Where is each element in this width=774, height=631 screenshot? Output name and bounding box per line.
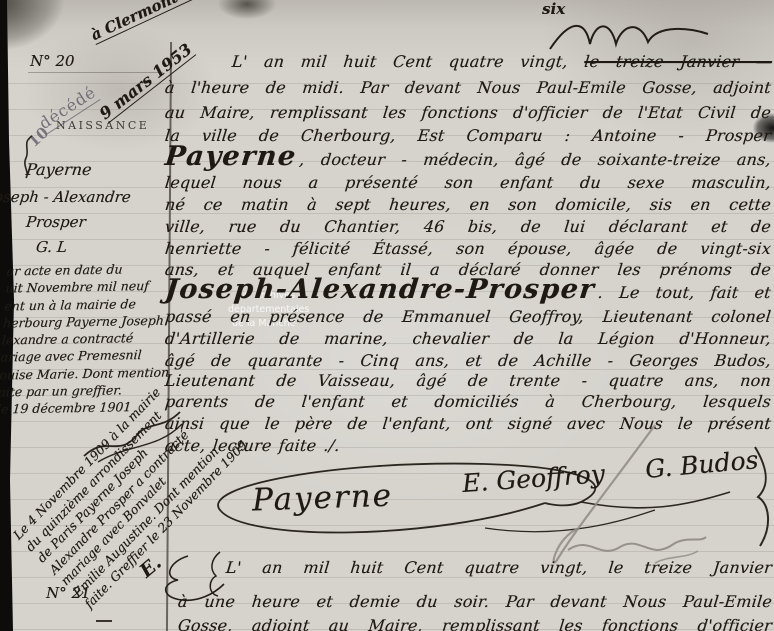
child-thirdname: Prosper <box>25 213 87 231</box>
marriage-note-line: ouise Marie. Dont mention <box>0 363 170 383</box>
child-firstnames: Joseph - Alexandre <box>0 188 132 206</box>
marriage-note-line: herbourg Payerne Joseph <box>2 311 173 331</box>
act1-line: L' an mil huit Cent quatre vingt, le tre… <box>231 52 773 71</box>
act2-line-text: Gosse, adjoint au Maire, remplissant les… <box>177 616 773 631</box>
act1-line: âgé de quarante - Cinq ans, et de Achill… <box>164 351 772 370</box>
act1-line: lequel nous a présenté son enfant du sex… <box>164 173 772 192</box>
act1-line-text: parents de l'enfant et domiciliés à Cher… <box>164 392 772 411</box>
father-name-emphasis: Payerne <box>164 141 299 172</box>
act1-line-text: au Maire, remplissant les fonctions d'of… <box>164 103 772 122</box>
act1-line-text: à l'heure de midi. Par devant Nous Paul-… <box>164 78 772 97</box>
act1-line-text: L' an mil huit Cent quatre vingt, <box>231 52 585 71</box>
act1-line: à l'heure de midi. Par devant Nous Paul-… <box>164 78 772 97</box>
act1-line-text: passé en présence de Emmanuel Geoffroy, … <box>164 307 772 326</box>
act1-line-text: , docteur - médecin, âgé de soixante-tre… <box>298 150 772 169</box>
act1-line-text: d'Artillerie de marine, chevalier de la … <box>164 329 772 348</box>
act1-line-text: né ce matin à sept heures, en son domici… <box>164 195 772 214</box>
act1-line: henriette - félicité Étassé, son épouse,… <box>164 239 772 258</box>
act1-line: d'Artillerie de marine, chevalier de la … <box>164 329 772 348</box>
child-initials: G. L <box>35 238 68 256</box>
act1-line-text: ville, rue du Chantier, 46 bis, de lui d… <box>164 217 772 236</box>
act1-line: au Maire, remplissant les fonctions d'of… <box>164 103 772 122</box>
act1-line: né ce matin à sept heures, en son domici… <box>164 195 772 214</box>
act1-line-text: lequel nous a présenté son enfant du sex… <box>164 173 772 192</box>
act1-line-text: Lieutenant de Vaisseau, âgé de trente - … <box>164 371 772 390</box>
child-name-emphasis: Joseph-Alexandre-Prosper <box>164 274 597 305</box>
act2-line: Gosse, adjoint au Maire, remplissant les… <box>177 616 773 631</box>
act2-line: L' an mil huit Cent quatre vingt, le tre… <box>225 558 773 577</box>
act1-line: Joseph-Alexandre-Prosper. Le tout, fait … <box>164 280 772 302</box>
act1-line-text: henriette - félicité Étassé, son épouse,… <box>164 239 772 258</box>
act1-line: passé en présence de Emmanuel Geoffroy, … <box>164 307 772 326</box>
act-number-21: N° 21 <box>46 584 90 602</box>
act1-struck-date: le treize Janvier — <box>583 52 773 71</box>
act2-line: à une heure et demie du soir. Par devant… <box>177 592 773 611</box>
act2-opening-brace <box>206 550 224 598</box>
budos-brace-flourish <box>750 442 774 552</box>
act1-line-text: . Le tout, fait et <box>597 283 772 302</box>
registry-scan-page: N° 20 décédé 10 NAISSANCE à Clermont 16è… <box>0 0 774 631</box>
child-surname: Payerne <box>25 160 93 179</box>
act1-line: ville, rue du Chantier, 46 bis, de lui d… <box>164 217 772 236</box>
death-note-place: à Clermont 16ème <box>88 0 236 45</box>
act1-line-text: ainsi que le père de l'enfant, ont signé… <box>164 414 772 433</box>
act1-line: ainsi que le père de l'enfant, ont signé… <box>164 414 772 433</box>
act1-line-text: âgé de quarante - Cinq ans, et de Achill… <box>164 351 772 370</box>
naissance-printed-label: NAISSANCE <box>56 119 149 132</box>
act-number-20: N° 20 <box>30 52 74 70</box>
act2-line-text: L' an mil huit Cent quatre vingt, le tre… <box>225 558 773 577</box>
act1-line: Payerne, docteur - médecin, âgé de soixa… <box>164 147 772 169</box>
act2-line-text: à une heure et demie du soir. Par devant… <box>177 592 773 611</box>
act1-line: parents de l'enfant et domiciliés à Cher… <box>164 392 772 411</box>
dash-under-act21 <box>96 620 112 622</box>
act1-line: Lieutenant de Vaisseau, âgé de trente - … <box>164 371 772 390</box>
signature-father: Payerne <box>251 478 393 519</box>
